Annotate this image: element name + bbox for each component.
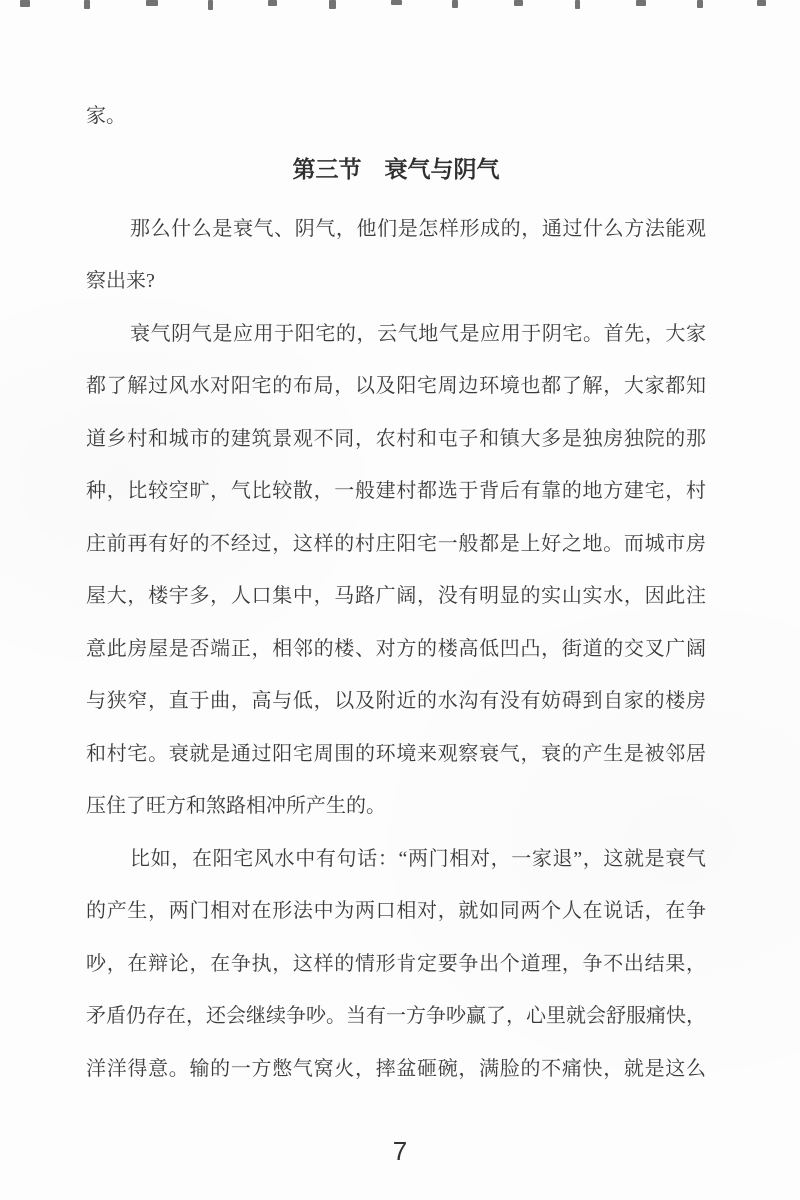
section-heading: 第三节 衰气与阴气 — [86, 156, 706, 216]
page-number: 7 — [0, 1136, 800, 1167]
body-line: 种，比较空旷，气比较散，一般建村都选于背后有靠的地方建宅，村 — [86, 478, 706, 531]
scan-artifact — [514, 0, 523, 6]
body-line: 压住了旺方和煞路相冲所产生的。 — [86, 793, 706, 846]
scan-artifact — [757, 0, 766, 6]
body-line: 比如，在阳宅风水中有句话：“两门相对，一家退”，这就是衰气 — [86, 846, 706, 899]
body-line: 与狭窄，直于曲，高与低，以及附近的水沟有没有妨碍到自家的楼房 — [86, 688, 706, 741]
scan-artifact — [146, 0, 158, 6]
scan-artifact — [636, 0, 646, 6]
scanned-book-page: 家。 第三节 衰气与阴气 那么什么是衰气、阴气，他们是怎样形成的，通过什么方法能… — [0, 0, 800, 1200]
scan-artifact-row — [0, 0, 800, 14]
body-line: 和村宅。衰就是通过阳宅周围的环境来观察衰气，衰的产生是被邻居 — [86, 741, 706, 794]
body-line: 庄前再有好的不经过，这样的村庄阳宅一般都是上好之地。而城市房 — [86, 531, 706, 584]
body-line: 察出来? — [86, 268, 706, 321]
body-line: 吵，在辩论，在争执，这样的情形肯定要争出个道理，争不出结果， — [86, 951, 706, 1004]
text-block: 家。 第三节 衰气与阴气 那么什么是衰气、阴气，他们是怎样形成的，通过什么方法能… — [86, 103, 706, 1108]
scan-artifact — [452, 0, 458, 8]
body-line: 屋大，楼宇多，人口集中，马路广阔，没有明显的实山实水，因此注 — [86, 583, 706, 636]
body-line: 都了解过风水对阳宅的布局，以及阳宅周边环境也都了解，大家都知 — [86, 373, 706, 426]
body-line: 的产生，两门相对在形法中为两口相对，就如同两个人在说话，在争 — [86, 898, 706, 951]
scan-artifact — [391, 0, 402, 5]
body-line: 那么什么是衰气、阴气，他们是怎样形成的，通过什么方法能观 — [86, 216, 706, 269]
scan-artifact — [329, 0, 336, 9]
body-line: 衰气阴气是应用于阳宅的，云气地气是应用于阴宅。首先，大家 — [86, 321, 706, 374]
carryover-line: 家。 — [86, 103, 706, 156]
scan-artifact — [268, 0, 277, 6]
scan-artifact — [697, 0, 703, 8]
body-line: 道乡村和城市的建筑景观不同，农村和屯子和镇大多是独房独院的那 — [86, 426, 706, 479]
scan-artifact — [208, 0, 213, 10]
body-line: 意此房屋是否端正，相邻的楼、对方的楼高低凹凸，街道的交叉广阔 — [86, 636, 706, 689]
scan-artifact — [575, 0, 580, 9]
body-line: 矛盾仍存在，还会继续争吵。当有一方争吵赢了，心里就会舒服痛快， — [86, 1003, 706, 1056]
scan-artifact — [20, 0, 30, 7]
body-line: 洋洋得意。输的一方憋气窝火，摔盆砸碗，满脸的不痛快，就是这么 — [86, 1056, 706, 1109]
scan-artifact — [84, 0, 90, 9]
